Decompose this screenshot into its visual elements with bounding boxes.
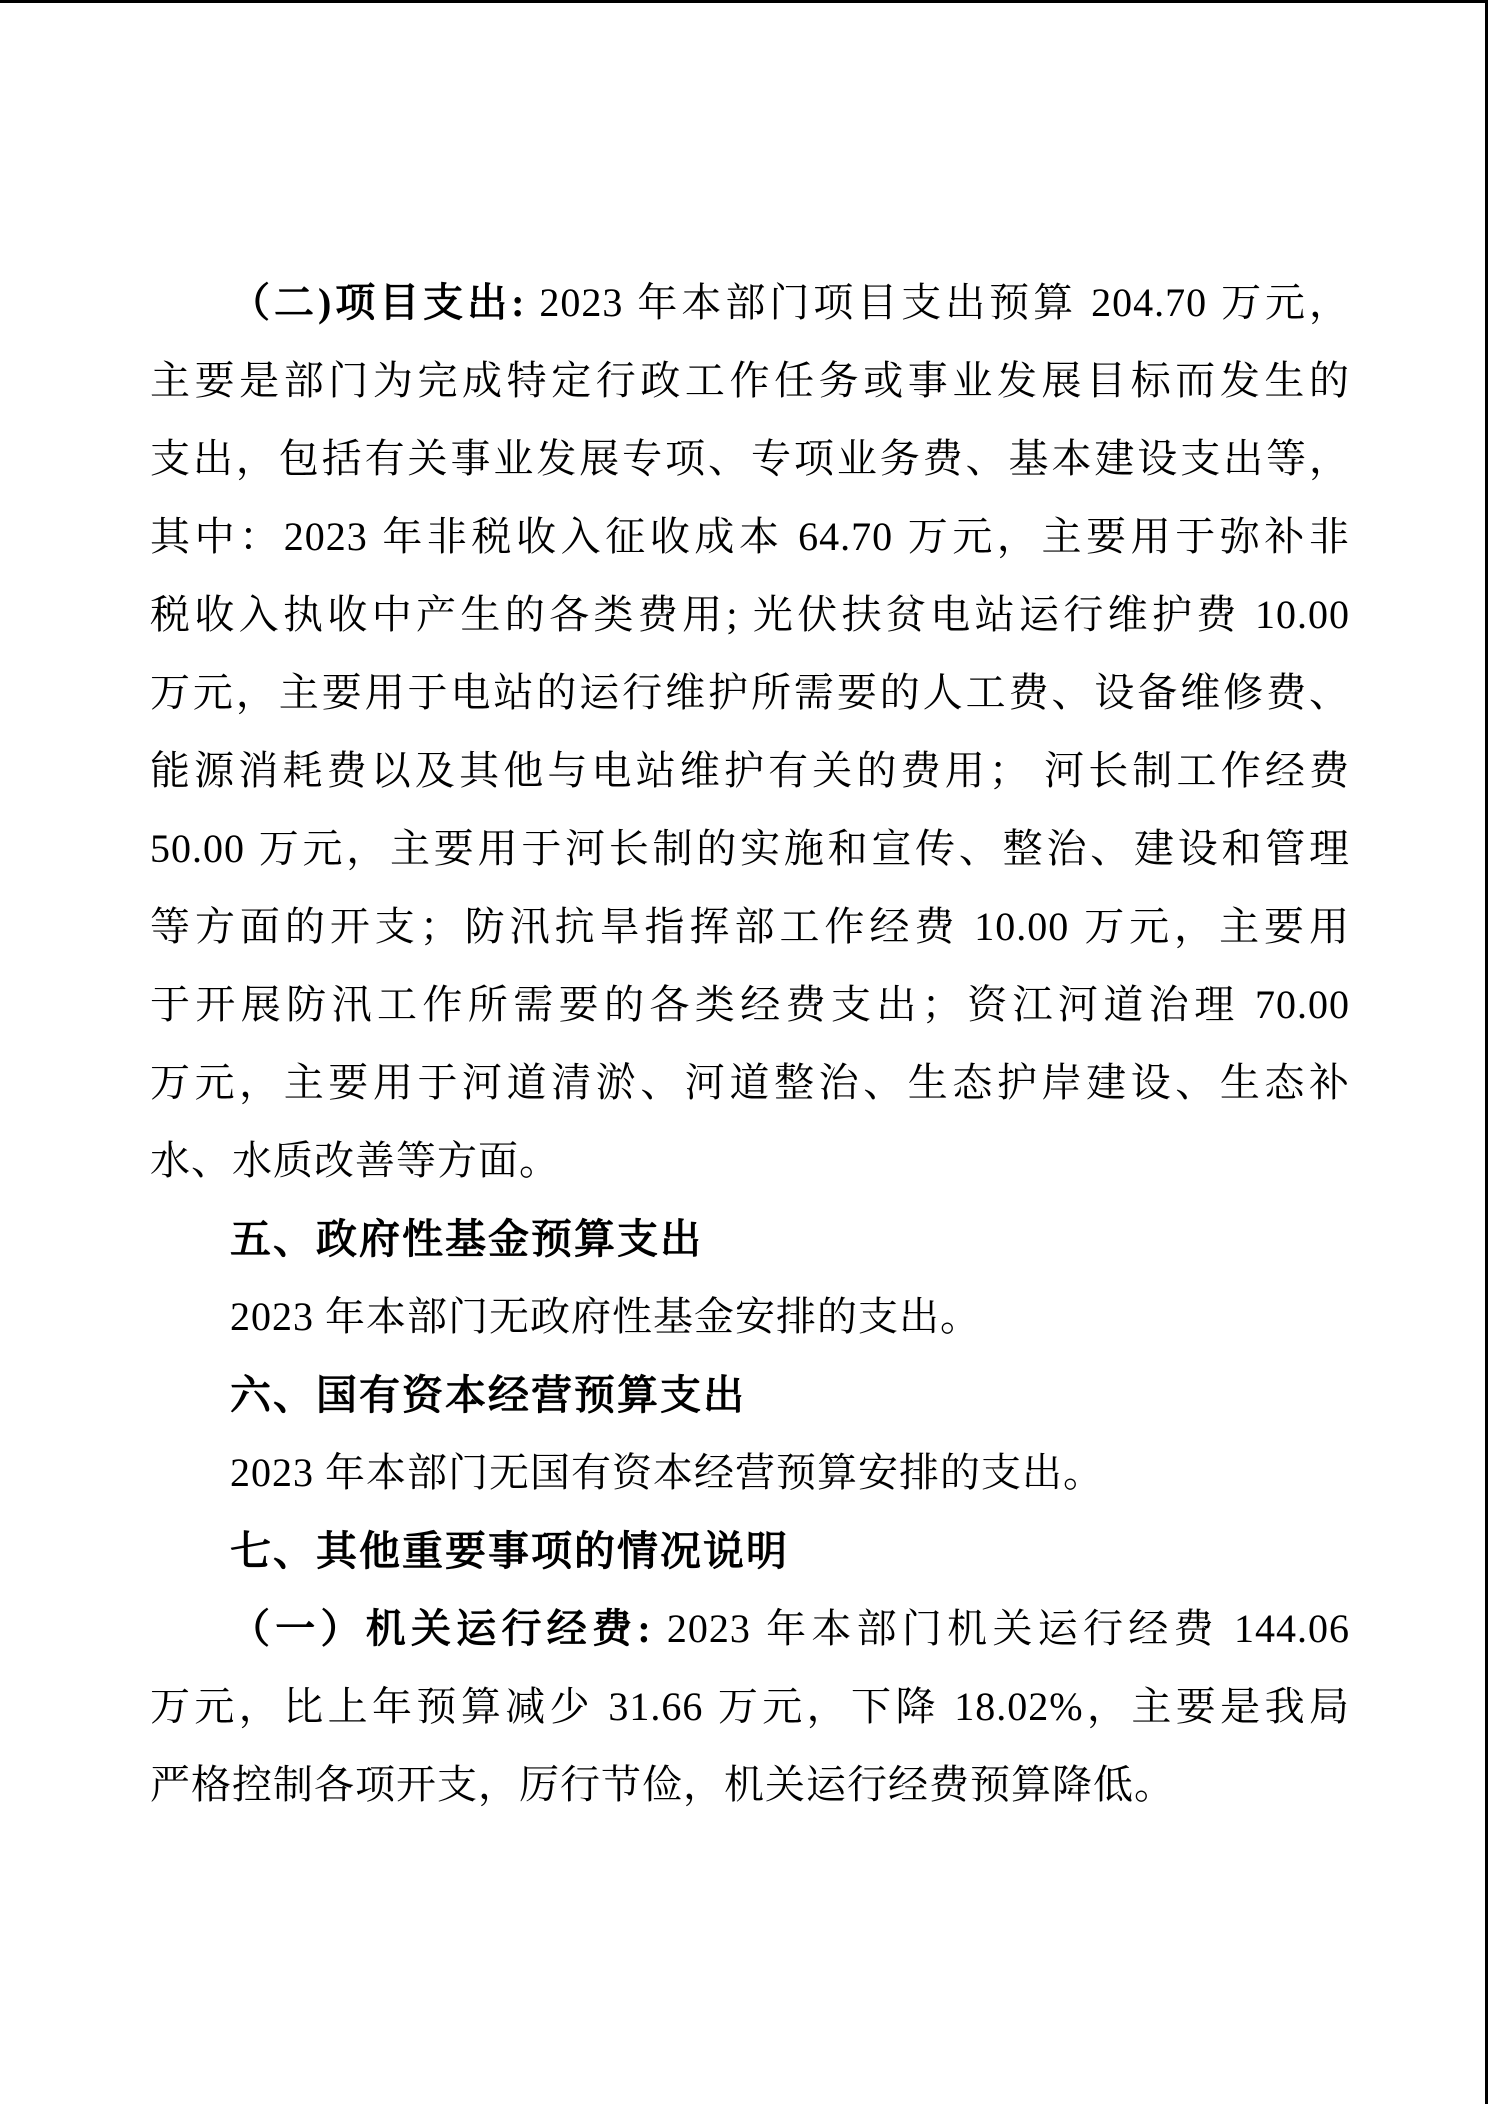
text-line: 万元，比上年预算减少 31.66 万元，下降 18.02%，主要是我局 bbox=[150, 1668, 1350, 1746]
section-heading: 五、政府性基金预算支出 bbox=[150, 1200, 1350, 1278]
text-line: 水、水质改善等方面。 bbox=[150, 1122, 1350, 1200]
text-line: 其中：2023 年非税收入征收成本 64.70 万元，主要用于弥补非 bbox=[150, 498, 1350, 576]
document-page: （二)项目支出: 2023 年本部门项目支出预算 204.70 万元，主要是部门… bbox=[0, 0, 1488, 2104]
section-heading: 七、其他重要事项的情况说明 bbox=[150, 1512, 1350, 1590]
bold-run-in-label: （二)项目支出: bbox=[230, 280, 525, 325]
text-line: 等方面的开支；防汛抗旱指挥部工作经费 10.00 万元，主要用 bbox=[150, 888, 1350, 966]
text-line: 严格控制各项开支，厉行节俭，机关运行经费预算降低。 bbox=[150, 1746, 1350, 1824]
text-line: 于开展防汛工作所需要的各类经费支出；资江河道治理 70.00 bbox=[150, 966, 1350, 1044]
section-heading: 六、国有资本经营预算支出 bbox=[150, 1356, 1350, 1434]
text-line: （一）机关运行经费: 2023 年本部门机关运行经费 144.06 bbox=[150, 1590, 1350, 1668]
text-line: 万元，主要用于电站的运行维护所需要的人工费、设备维修费、 bbox=[150, 654, 1350, 732]
line-text: 2023 年本部门项目支出预算 204.70 万元， bbox=[525, 280, 1350, 325]
text-line: 2023 年本部门无政府性基金安排的支出。 bbox=[150, 1278, 1350, 1356]
text-line: 税收入执收中产生的各类费用; 光伏扶贫电站运行维护费 10.00 bbox=[150, 576, 1350, 654]
bold-run-in-label: （一）机关运行经费: bbox=[230, 1606, 652, 1651]
text-line: 50.00 万元，主要用于河长制的实施和宣传、整治、建设和管理 bbox=[150, 810, 1350, 888]
document-content: （二)项目支出: 2023 年本部门项目支出预算 204.70 万元，主要是部门… bbox=[150, 264, 1350, 1824]
text-line: 能源消耗费以及其他与电站维护有关的费用； 河长制工作经费 bbox=[150, 732, 1350, 810]
page-top-edge-line bbox=[0, 0, 1488, 3]
text-line: 支出，包括有关事业发展专项、专项业务费、基本建设支出等， bbox=[150, 420, 1350, 498]
text-line: 主要是部门为完成特定行政工作任务或事业发展目标而发生的 bbox=[150, 342, 1350, 420]
text-line: 2023 年本部门无国有资本经营预算安排的支出。 bbox=[150, 1434, 1350, 1512]
line-text: 2023 年本部门机关运行经费 144.06 bbox=[652, 1606, 1350, 1651]
text-line: 万元，主要用于河道清淤、河道整治、生态护岸建设、生态补 bbox=[150, 1044, 1350, 1122]
text-line: （二)项目支出: 2023 年本部门项目支出预算 204.70 万元， bbox=[150, 264, 1350, 342]
